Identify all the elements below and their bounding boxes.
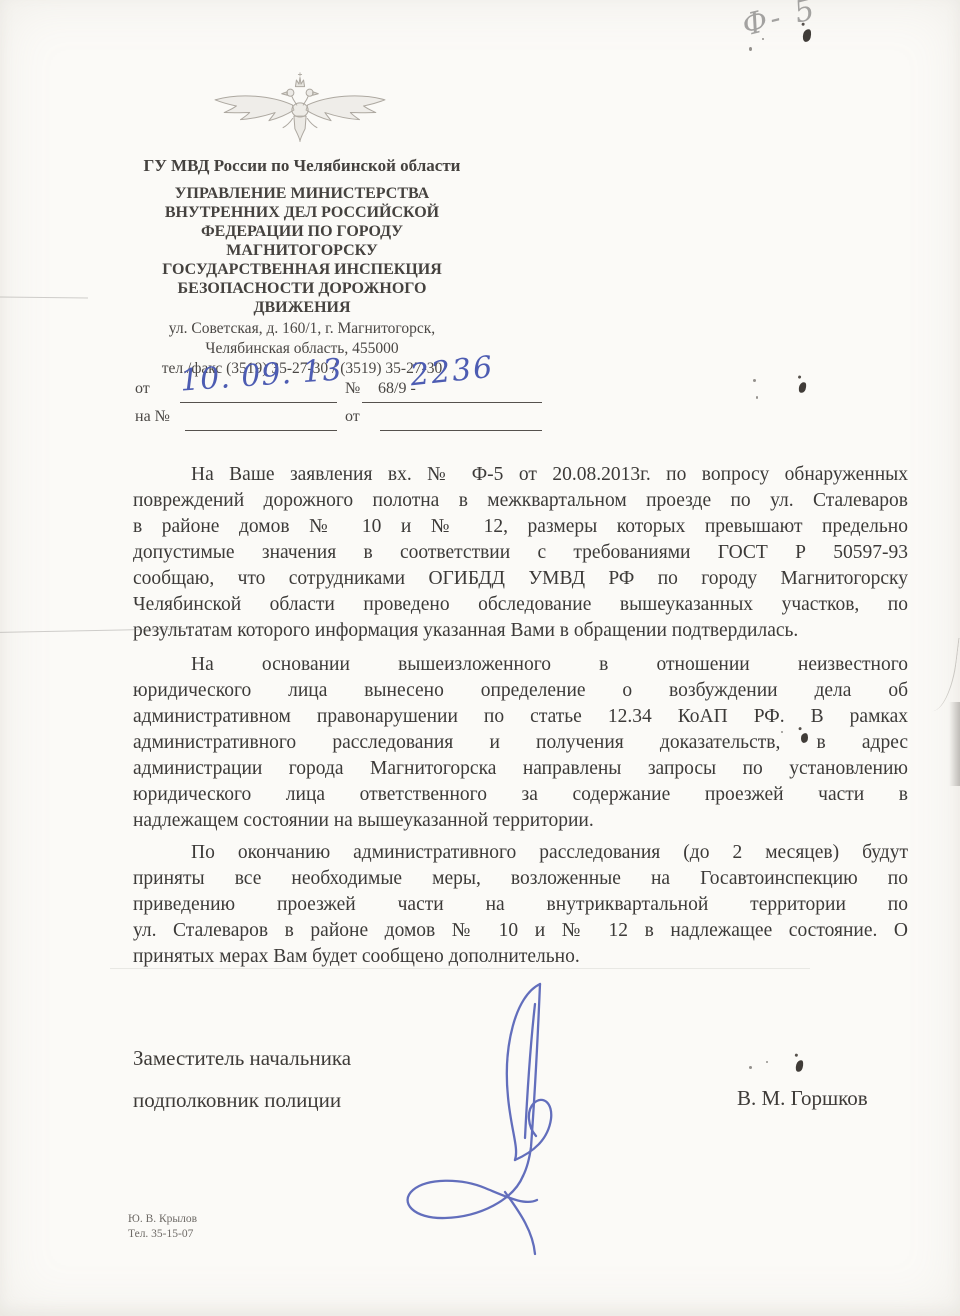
org-name-line: ГОСУДАРСТВЕННАЯ ИНСПЕКЦИЯ (82, 260, 522, 279)
body-line: административного расследования и получе… (133, 730, 908, 756)
ink-blot-icon (797, 381, 807, 394)
signer-position-line2: подполковник полиции (133, 1088, 341, 1113)
body-paragraph-3: По окончанию административного расследов… (133, 840, 908, 970)
scan-crease (110, 968, 810, 969)
scan-edge-shadow (949, 702, 960, 786)
pencil-speck (749, 47, 752, 51)
reply-to-number-label: на № (135, 408, 170, 426)
outgoing-date-label: от (135, 380, 150, 398)
ink-speck (781, 731, 783, 733)
body-paragraph-2: На основании вышеизложенного в отношении… (133, 652, 908, 834)
body-line: повреждений дорожного полотна в межкварт… (133, 488, 908, 514)
executor-phone: Тел. 35-15-07 (128, 1227, 193, 1241)
ink-blot-icon (794, 1059, 804, 1072)
org-name-line: БЕЗОПАСНОСТИ ДОРОЖНОГО (82, 279, 522, 298)
agency-parent-name: ГУ МВД России по Челябинской области (82, 156, 522, 176)
org-name-line: ФЕДЕРАЦИИ ПО ГОРОДУ (82, 222, 522, 241)
body-line: приведению проезжей части на внутрикварт… (133, 892, 908, 918)
body-line: в районе домов № 10 и № 12, размеры кото… (133, 514, 908, 540)
reply-to-number-line (185, 430, 337, 431)
executor-name: Ю. В. Крылов (128, 1212, 197, 1226)
organization-name: УПРАВЛЕНИЕ МИНИСТЕРСТВА ВНУТРЕННИХ ДЕЛ Р… (82, 184, 522, 317)
signer-name: В. М. Горшков (737, 1086, 868, 1111)
scanned-letter-page: Ф- 5 ГУ МВД России по Челябинской облас (0, 0, 960, 1316)
ink-speck (756, 396, 758, 399)
signer-position-line1: Заместитель начальника (133, 1046, 351, 1071)
body-line: юридического лица вынесено определение о… (133, 678, 908, 704)
address-line: ул. Советская, д. 160/1, г. Магнитогорск… (82, 319, 522, 339)
mvd-double-headed-eagle-emblem-icon (211, 61, 389, 158)
body-line: сообщаю, что сотрудниками ОГИБДД УМВД РФ… (133, 566, 908, 592)
body-line: администрации города Магнитогорска напра… (133, 756, 908, 782)
body-line: надлежащем состоянии на вышеуказанной те… (133, 808, 908, 834)
body-line: допустимые значения в соответствии с тре… (133, 540, 908, 566)
body-line: На Ваше заявления вх. № Ф-5 от 20.08.201… (133, 462, 908, 488)
scan-crease (0, 297, 88, 299)
body-paragraph-1: На Ваше заявления вх. № Ф-5 от 20.08.201… (133, 462, 908, 644)
body-line: По окончанию административного расследов… (133, 840, 908, 866)
ink-speck (766, 1061, 768, 1063)
org-name-line: ВНУТРЕННИХ ДЕЛ РОССИЙСКОЙ (82, 203, 522, 222)
pencil-speck (762, 38, 764, 40)
handwritten-signature (385, 962, 585, 1257)
handwritten-outgoing-number: 2236 (408, 350, 496, 394)
outgoing-date-line (180, 402, 337, 403)
org-name-line: МАГНИТОГОРСКУ (82, 241, 522, 260)
ink-speck (749, 1066, 752, 1069)
ink-blot-icon (802, 28, 813, 43)
reply-to-date-label: от (345, 408, 360, 426)
outgoing-number-line (362, 402, 542, 403)
body-line: ул. Сталеваров в районе домов № 10 и № 1… (133, 918, 908, 944)
org-name-line: УПРАВЛЕНИЕ МИНИСТЕРСТВА (82, 184, 522, 203)
body-line: Челябинской области проведено обследован… (133, 592, 908, 618)
body-line: результатам которого информация указанна… (133, 618, 908, 644)
body-line: На основании вышеизложенного в отношении… (133, 652, 908, 678)
body-line: юридического лица ответственного за соде… (133, 782, 908, 808)
ink-speck (753, 379, 756, 382)
reply-to-date-line (380, 430, 542, 431)
outgoing-number-label: № (345, 380, 360, 398)
body-line: приняты все необходимые меры, возложенны… (133, 866, 908, 892)
org-name-line: ДВИЖЕНИЯ (82, 298, 522, 317)
body-line: административном правонарушении по стать… (133, 704, 908, 730)
